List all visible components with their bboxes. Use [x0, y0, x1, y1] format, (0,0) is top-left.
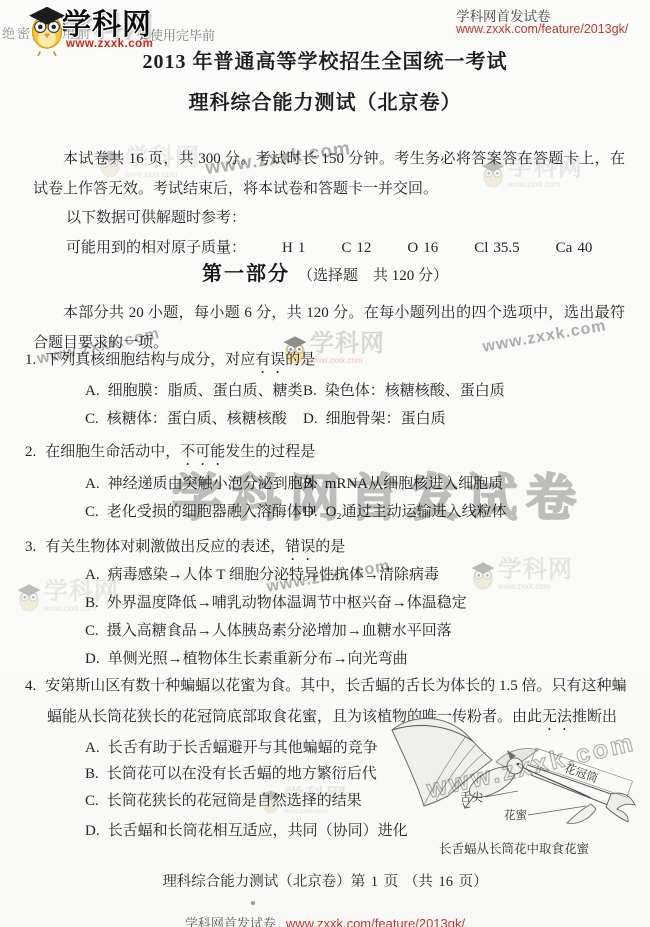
bottom-source-url-link[interactable]: www.zxxk.com/feature/2013gk/	[286, 916, 465, 927]
watermark-logo-text: 学科网	[498, 557, 573, 583]
scan-artifact-dot	[251, 901, 255, 905]
section-subtitle: （选择题 共 120 分）	[298, 268, 448, 284]
scanned-exam-page: 学科网www.zxxk.com 学科网www.zxxk.com 学科网www.z…	[0, 0, 650, 927]
watermark-logo-url: www.zxxk.com	[498, 582, 573, 591]
bottom-source-label: 学科网首发试卷	[185, 916, 276, 927]
nectar-label: 花蜜	[504, 808, 527, 822]
atomic-mass-item: C12	[341, 240, 371, 256]
bottom-source-line: 学科网首发试卷www.zxxk.com/feature/2013gk/	[0, 913, 650, 927]
atomic-mass-label: 可能用到的相对原子质量：	[66, 240, 246, 256]
option-a: A.长舌有助于长舌蝠避开与其他蝙蝠的竞争	[85, 736, 378, 757]
atomic-mass-item: Cl35.5	[474, 240, 519, 256]
zxxk-big-watermark: 学科网首发试卷	[172, 458, 585, 530]
section-heading: 第一部分（选择题 共 120 分）	[0, 257, 650, 286]
option-c: C.摄入高糖食品→人体胰岛素分泌增加→血糖水平回落	[85, 619, 452, 640]
flower-petals	[606, 793, 635, 822]
reference-data-note: 以下数据可供解题时参考：	[66, 206, 246, 227]
page-footer: 理科综合能力测试（北京卷）第 1 页 （共 16 页）	[0, 870, 650, 891]
question-stem-line1: 4.安第斯山区有数十种蝙蝠以花蜜为食。其中，长舌蝠的舌长为体长的 1.5 倍。只…	[25, 674, 627, 695]
atomic-mass-line: 可能用到的相对原子质量：H1C12O16Cl35.5Ca40	[66, 236, 592, 257]
zxxk-mascot-icon	[468, 558, 498, 594]
header-right-url-link[interactable]: www.zxxk.com/feature/2013gk/	[456, 22, 628, 36]
atomic-mass-item: H1	[282, 240, 305, 256]
exam-subtitle: 理科综合能力测试（北京卷）	[0, 86, 650, 115]
option-d: D.单侧光照→植物体生长素重新分布→向光弯曲	[85, 647, 408, 668]
option-b: B.长筒花可以在没有长舌蝠的地方繁衍后代	[85, 762, 377, 783]
figure-caption: 长舌蝠从长筒花中取食花蜜	[388, 839, 640, 857]
option-b: B.染色体：核糖核酸、蛋白质	[303, 379, 505, 400]
option-d: D.长舌蝠和长筒花相互适应，共同（协同）进化	[85, 819, 408, 840]
zxxk-mascot-icon	[14, 580, 44, 616]
atomic-mass-item: Ca40	[556, 240, 593, 256]
option-c: C.长筒花狭长的花冠筒是自然选择的结果	[85, 789, 362, 810]
atomic-mass-item: O16	[407, 240, 438, 256]
exam-title: 2013 年普通高等学校招生全国统一考试	[0, 45, 650, 74]
zxxk-logo-text: 学科网	[62, 2, 152, 43]
option-a: A.细胞膜：脂质、蛋白质、糖类	[85, 379, 303, 400]
option-d: D.细胞骨架：蛋白质	[303, 407, 446, 428]
option-c: C.核糖体：蛋白质、核糖核酸	[85, 407, 287, 428]
question-stem: 3.有关生物体对刺激做出反应的表述，错误的是	[25, 535, 345, 564]
section-title: 第一部分	[202, 263, 290, 285]
zxxk-watermark-logo: 学科网www.zxxk.com	[468, 558, 573, 594]
